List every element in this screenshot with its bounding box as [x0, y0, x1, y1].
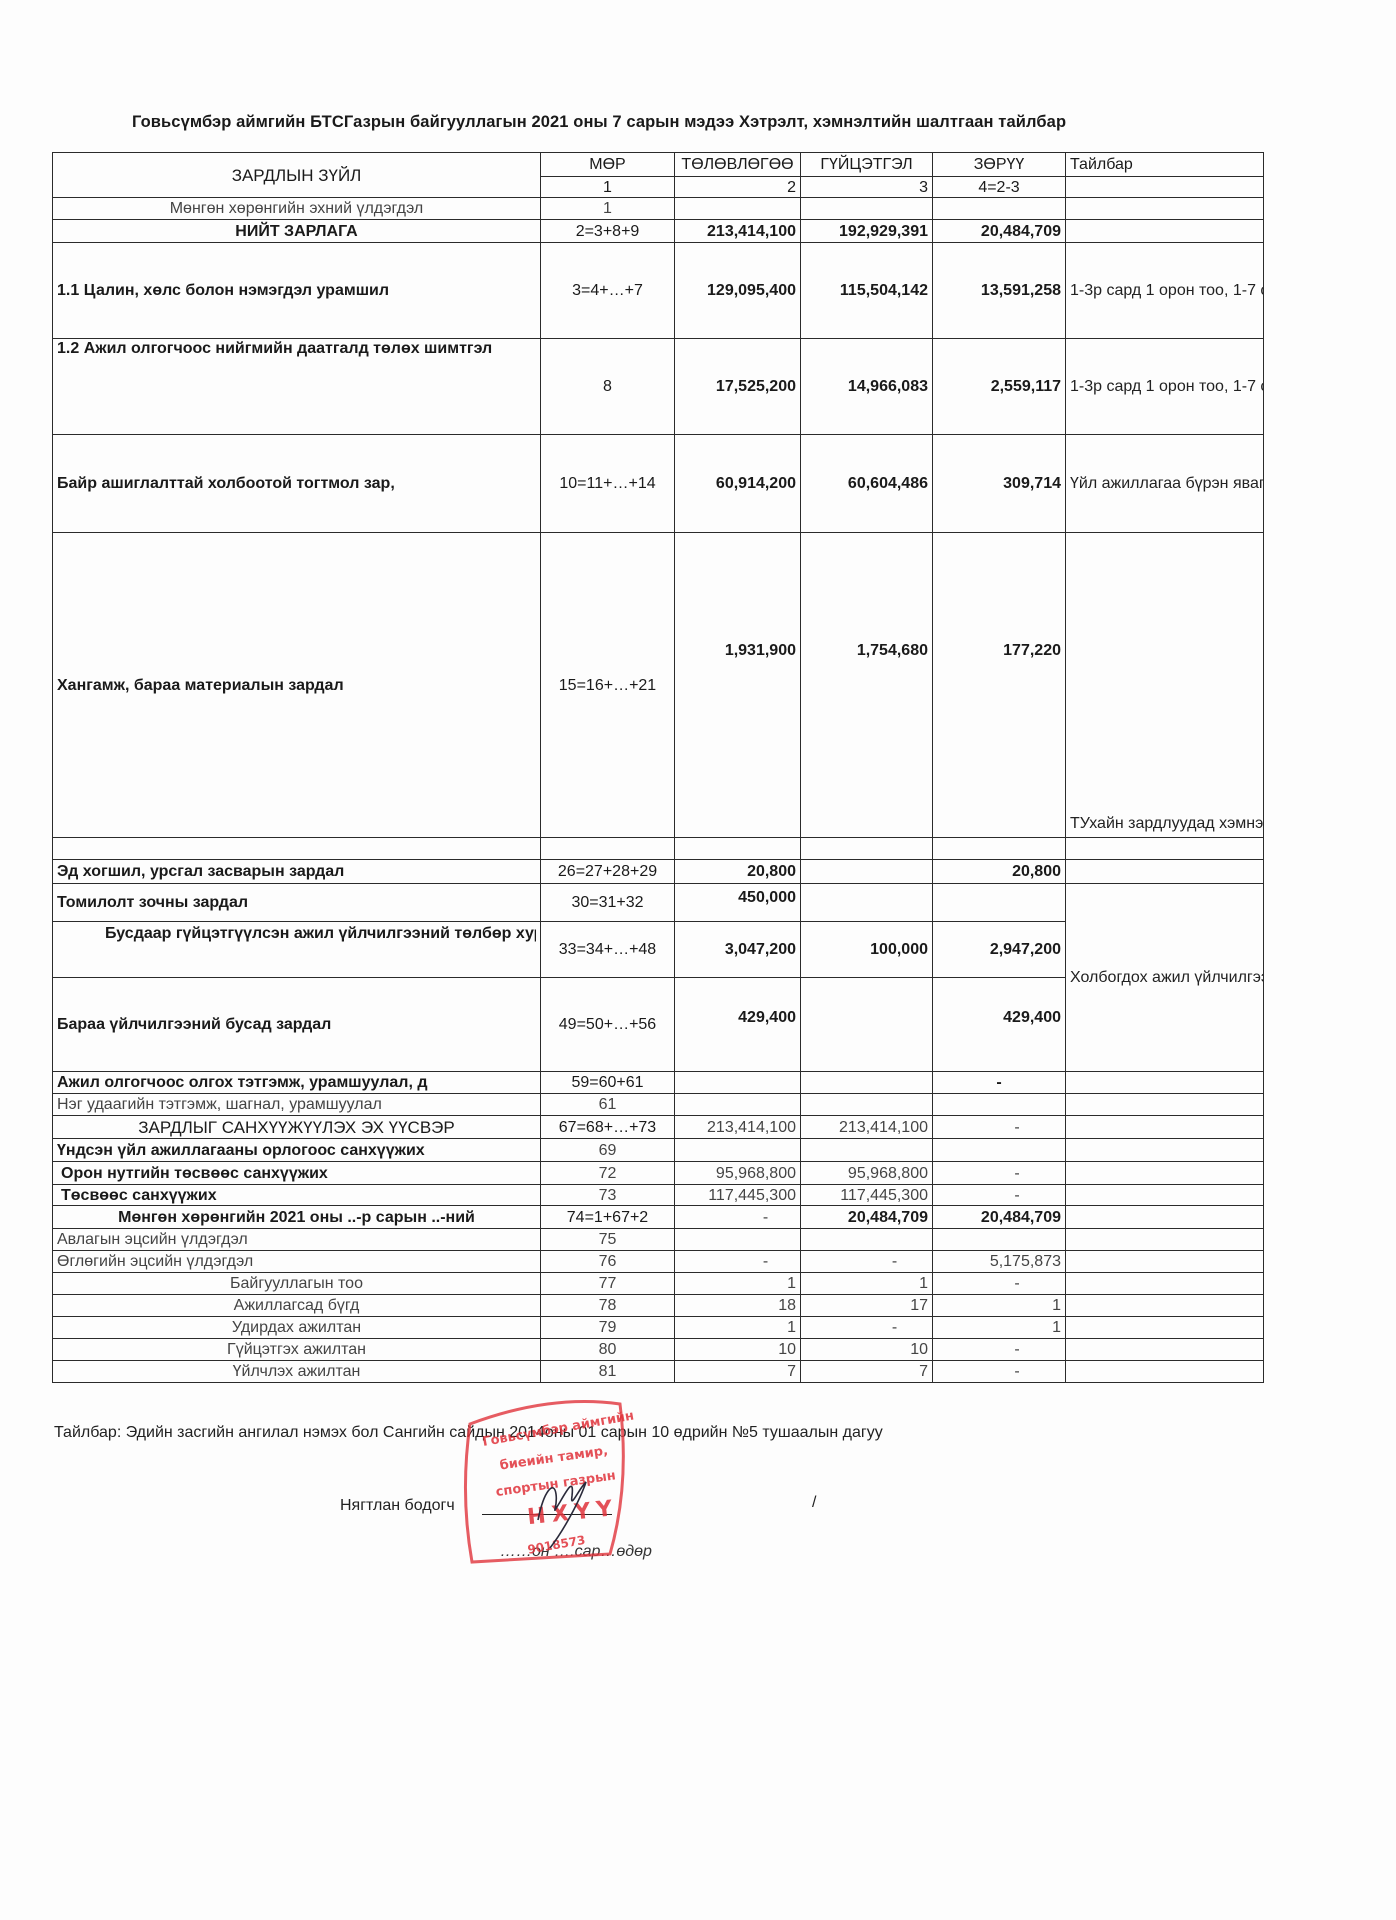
- row-plan: 18: [675, 1295, 801, 1317]
- row-name: ЗАРДЛЫГ САНХҮҮЖҮҮЛЭХ ЭХ ҮҮСВЭР: [53, 1116, 541, 1139]
- row-plan: 7: [675, 1361, 801, 1383]
- subheader-actual: 3: [801, 177, 933, 198]
- table-row: Байгууллагын тоо 77 1 1 -: [53, 1273, 1264, 1295]
- row-diff: 2,559,117: [933, 339, 1066, 435]
- row-note: 1-3р сард 1 орон тоо, 1-7 сард 1 орон то…: [1066, 339, 1264, 435]
- row-mor: 2=3+8+9: [541, 220, 675, 243]
- row-note: [1066, 1185, 1264, 1206]
- row-actual: 192,929,391: [801, 220, 933, 243]
- row-diff: [933, 198, 1066, 220]
- header-note: Тайлбар: [1066, 153, 1264, 177]
- row-note: [1066, 1273, 1264, 1295]
- row-note: [1066, 1139, 1264, 1162]
- row-note: [1066, 1116, 1264, 1139]
- table-row: Мөнгөн хөрөнгийн эхний үлдэгдэл 1: [53, 198, 1264, 220]
- row-plan: -: [675, 1206, 801, 1229]
- row-mor: 74=1+67+2: [541, 1206, 675, 1229]
- row-plan: 213,414,100: [675, 220, 801, 243]
- row-mor: 61: [541, 1094, 675, 1116]
- row-plan: 10: [675, 1339, 801, 1361]
- row-plan: 129,095,400: [675, 243, 801, 339]
- row-mor: 3=4+…+7: [541, 243, 675, 339]
- row-mor: 72: [541, 1162, 675, 1185]
- table-row: Томилолт зочны зардал 30=31+32 450,000 Х…: [53, 884, 1264, 922]
- row-note: [1066, 1229, 1264, 1251]
- signature-mark-icon: [520, 1460, 610, 1550]
- table-row: Мөнгөн хөрөнгийн 2021 оны ..-р сарын ..-…: [53, 1206, 1264, 1229]
- row-diff: 1: [933, 1317, 1066, 1339]
- row-name: Мөнгөн хөрөнгийн эхний үлдэгдэл: [53, 198, 541, 220]
- document-title: Говьсүмбэр аймгийн БТСГазрын байгууллагы…: [132, 113, 1066, 132]
- row-plan: 1,931,900: [675, 533, 801, 838]
- row-mor: 80: [541, 1339, 675, 1361]
- header-name: ЗАРДЛЫН ЗҮЙЛ: [53, 153, 541, 198]
- header-row: ЗАРДЛЫН ЗҮЙЛ МӨР ТӨЛӨВЛӨГӨӨ ГҮЙЦЭТГЭЛ ЗӨ…: [53, 153, 1264, 177]
- row-plan: [675, 1094, 801, 1116]
- row-plan: -: [675, 1251, 801, 1273]
- header-diff: ЗӨРҮҮ: [933, 153, 1066, 177]
- row-actual: [801, 1094, 933, 1116]
- row-name: Хангамж, бараа материалын зардал: [53, 533, 541, 838]
- row-actual: 213,414,100: [801, 1116, 933, 1139]
- row-actual: [801, 884, 933, 922]
- row-mor: 79: [541, 1317, 675, 1339]
- row-plan: [675, 838, 801, 860]
- row-name: Эд хогшил, урсгал засварын зардал: [53, 860, 541, 884]
- row-diff: 309,714: [933, 435, 1066, 533]
- table-row: Төсвөөс санхүүжих 73 117,445,300 117,445…: [53, 1185, 1264, 1206]
- row-mor: 78: [541, 1295, 675, 1317]
- row-plan: [675, 1072, 801, 1094]
- table-row: Гүйцэтгэх ажилтан 80 10 10 -: [53, 1339, 1264, 1361]
- row-name: Бусдаар гүйцэтгүүлсэн ажил үйлчилгээний …: [53, 922, 541, 978]
- row-name: НИЙТ ЗАРЛАГА: [53, 220, 541, 243]
- row-name: Үндсэн үйл ажиллагааны орлогоос санхүүжи…: [53, 1139, 541, 1162]
- row-mor: 75: [541, 1229, 675, 1251]
- row-note: [1066, 198, 1264, 220]
- row-name: 1.2 Ажил олгогчоос нийгмийн даатгалд төл…: [53, 339, 541, 435]
- row-diff: [933, 1139, 1066, 1162]
- table-row: Удирдах ажилтан 79 1 - 1: [53, 1317, 1264, 1339]
- row-mor: 69: [541, 1139, 675, 1162]
- table-row: Ажиллагсад бүгд 78 18 17 1: [53, 1295, 1264, 1317]
- row-note: [1066, 1361, 1264, 1383]
- table-row: 1.1 Цалин, хөлс болон нэмэгдэл урамшил 3…: [53, 243, 1264, 339]
- row-mor: 59=60+61: [541, 1072, 675, 1094]
- row-name: Орон нутгийн төсвөөс санхүүжих: [53, 1162, 541, 1185]
- row-diff: 429,400: [933, 978, 1066, 1072]
- row-mor: 1: [541, 198, 675, 220]
- row-mor: 26=27+28+29: [541, 860, 675, 884]
- row-diff: [933, 884, 1066, 922]
- row-diff: [933, 838, 1066, 860]
- row-mor: 8: [541, 339, 675, 435]
- row-name: Томилолт зочны зардал: [53, 884, 541, 922]
- row-name: Гүйцэтгэх ажилтан: [53, 1339, 541, 1361]
- row-note: [1066, 1072, 1264, 1094]
- row-note: [1066, 220, 1264, 243]
- row-diff: 20,800: [933, 860, 1066, 884]
- row-diff: -: [933, 1072, 1066, 1094]
- row-diff: [933, 1229, 1066, 1251]
- table-row: Орон нутгийн төсвөөс санхүүжих 72 95,968…: [53, 1162, 1264, 1185]
- row-diff: 1: [933, 1295, 1066, 1317]
- row-mor: 77: [541, 1273, 675, 1295]
- row-mor: 73: [541, 1185, 675, 1206]
- row-note: Үйл ажиллагаа бүрэн явагдаагүйгээс хэмнэ…: [1066, 435, 1264, 533]
- row-name: [53, 838, 541, 860]
- row-actual: [801, 1229, 933, 1251]
- row-note: [1066, 1251, 1264, 1273]
- row-diff: -: [933, 1361, 1066, 1383]
- row-name: Нэг удаагийн тэтгэмж, шагнал, урамшуулал: [53, 1094, 541, 1116]
- row-plan: 213,414,100: [675, 1116, 801, 1139]
- row-mor: 81: [541, 1361, 675, 1383]
- row-plan: [675, 1139, 801, 1162]
- row-actual: -: [801, 1251, 933, 1273]
- row-plan: 450,000: [675, 884, 801, 922]
- row-plan: 117,445,300: [675, 1185, 801, 1206]
- row-plan: 17,525,200: [675, 339, 801, 435]
- header-mor: МӨР: [541, 153, 675, 177]
- signature-slash: /: [812, 1494, 816, 1512]
- row-actual: 1: [801, 1273, 933, 1295]
- table-row-empty: [53, 838, 1264, 860]
- row-mor: 30=31+32: [541, 884, 675, 922]
- table-row: Ажил олгогчоос олгох тэтгэмж, урамшуулал…: [53, 1072, 1264, 1094]
- row-note: [1066, 860, 1264, 884]
- row-diff: 20,484,709: [933, 220, 1066, 243]
- row-note: ТУхайн зардлуудад хэмнэлтэй мэт харагдаж…: [1066, 533, 1264, 838]
- header-plan: ТӨЛӨВЛӨГӨӨ: [675, 153, 801, 177]
- row-plan: 1: [675, 1317, 801, 1339]
- row-name: Ажил олгогчоос олгох тэтгэмж, урамшуулал…: [53, 1072, 541, 1094]
- table-row: Өглөгийн эцсийн үлдэгдэл 76 - - 5,175,87…: [53, 1251, 1264, 1273]
- row-actual: [801, 978, 933, 1072]
- row-actual: 17: [801, 1295, 933, 1317]
- row-actual: 115,504,142: [801, 243, 933, 339]
- row-note: Холбогдох ажил үйлчилгээ гараагүй. Өр ав…: [1066, 884, 1264, 1072]
- row-diff: 2,947,200: [933, 922, 1066, 978]
- row-actual: [801, 860, 933, 884]
- stamp-line-1: Говьсүмбэр аймгийн: [481, 1409, 635, 1450]
- row-actual: 10: [801, 1339, 933, 1361]
- row-plan: 3,047,200: [675, 922, 801, 978]
- row-mor: 33=34+…+48: [541, 922, 675, 978]
- row-name: Үйлчлэх ажилтан: [53, 1361, 541, 1383]
- row-diff: 13,591,258: [933, 243, 1066, 339]
- row-mor: 76: [541, 1251, 675, 1273]
- row-diff: -: [933, 1116, 1066, 1139]
- row-mor: 49=50+…+56: [541, 978, 675, 1072]
- row-diff: -: [933, 1339, 1066, 1361]
- subheader-diff: 4=2-3: [933, 177, 1066, 198]
- row-name: Байр ашиглалттай холбоотой тогтмол зар,: [53, 435, 541, 533]
- row-name-text: Бусдаар гүйцэтгүүлсэн ажил үйлчилгээний …: [57, 924, 536, 943]
- row-note: [1066, 838, 1264, 860]
- row-mor: 10=11+…+14: [541, 435, 675, 533]
- row-actual: 100,000: [801, 922, 933, 978]
- row-actual: 14,966,083: [801, 339, 933, 435]
- row-note: [1066, 1206, 1264, 1229]
- table-row-total: НИЙТ ЗАРЛАГА 2=3+8+9 213,414,100 192,929…: [53, 220, 1264, 243]
- row-name: Мөнгөн хөрөнгийн 2021 оны ..-р сарын ..-…: [53, 1206, 541, 1229]
- row-actual: 117,445,300: [801, 1185, 933, 1206]
- row-actual: -: [801, 1317, 933, 1339]
- row-diff: -: [933, 1273, 1066, 1295]
- row-note: [1066, 1295, 1264, 1317]
- table-row: Авлагын эцсийн үлдэгдэл 75: [53, 1229, 1264, 1251]
- subheader-note: [1066, 177, 1264, 198]
- row-diff: 20,484,709: [933, 1206, 1066, 1229]
- row-name: Авлагын эцсийн үлдэгдэл: [53, 1229, 541, 1251]
- row-diff: -: [933, 1185, 1066, 1206]
- row-actual: 60,604,486: [801, 435, 933, 533]
- row-name: Төсвөөс санхүүжих: [53, 1185, 541, 1206]
- expense-report-table: ЗАРДЛЫН ЗҮЙЛ МӨР ТӨЛӨВЛӨГӨӨ ГҮЙЦЭТГЭЛ ЗӨ…: [52, 152, 1264, 1383]
- table-row: Хангамж, бараа материалын зардал 15=16+……: [53, 533, 1264, 838]
- row-name: Удирдах ажилтан: [53, 1317, 541, 1339]
- row-plan: 1: [675, 1273, 801, 1295]
- row-name: Ажиллагсад бүгд: [53, 1295, 541, 1317]
- row-plan: 429,400: [675, 978, 801, 1072]
- row-plan: [675, 1229, 801, 1251]
- row-actual: 1,754,680: [801, 533, 933, 838]
- table-row-source-total: ЗАРДЛЫГ САНХҮҮЖҮҮЛЭХ ЭХ ҮҮСВЭР 67=68+…+7…: [53, 1116, 1264, 1139]
- row-note: 1-3р сард 1 орон тоо, 1-7 сард 1 орон то…: [1066, 243, 1264, 339]
- row-note: [1066, 1094, 1264, 1116]
- row-actual: [801, 838, 933, 860]
- table-row: Нэг удаагийн тэтгэмж, шагнал, урамшуулал…: [53, 1094, 1264, 1116]
- table-row: Үйлчлэх ажилтан 81 7 7 -: [53, 1361, 1264, 1383]
- subheader-mor: 1: [541, 177, 675, 198]
- table-row: Эд хогшил, урсгал засварын зардал 26=27+…: [53, 860, 1264, 884]
- row-name: Бараа үйлчилгээний бусад зардал: [53, 978, 541, 1072]
- row-actual: 20,484,709: [801, 1206, 933, 1229]
- row-plan: 20,800: [675, 860, 801, 884]
- row-name: 1.1 Цалин, хөлс болон нэмэгдэл урамшил: [53, 243, 541, 339]
- row-plan: 60,914,200: [675, 435, 801, 533]
- table-row: 1.2 Ажил олгогчоос нийгмийн даатгалд төл…: [53, 339, 1264, 435]
- row-actual: [801, 198, 933, 220]
- row-name: Өглөгийн эцсийн үлдэгдэл: [53, 1251, 541, 1273]
- subheader-plan: 2: [675, 177, 801, 198]
- row-actual: [801, 1072, 933, 1094]
- row-mor: 67=68+…+73: [541, 1116, 675, 1139]
- row-note: [1066, 1339, 1264, 1361]
- row-plan: 95,968,800: [675, 1162, 801, 1185]
- row-note: [1066, 1317, 1264, 1339]
- row-diff: [933, 1094, 1066, 1116]
- row-name: Байгууллагын тоо: [53, 1273, 541, 1295]
- row-diff: 5,175,873: [933, 1251, 1066, 1273]
- row-diff: -: [933, 1162, 1066, 1185]
- row-actual: 7: [801, 1361, 933, 1383]
- table-row: Байр ашиглалттай холбоотой тогтмол зар, …: [53, 435, 1264, 533]
- row-diff: 177,220: [933, 533, 1066, 838]
- row-plan: [675, 198, 801, 220]
- row-note: [1066, 1162, 1264, 1185]
- row-actual: [801, 1139, 933, 1162]
- row-mor: [541, 838, 675, 860]
- row-mor: 15=16+…+21: [541, 533, 675, 838]
- header-actual: ГҮЙЦЭТГЭЛ: [801, 153, 933, 177]
- accountant-label: Нягтлан бодогч: [340, 1497, 455, 1515]
- table-row: Үндсэн үйл ажиллагааны орлогоос санхүүжи…: [53, 1139, 1264, 1162]
- row-actual: 95,968,800: [801, 1162, 933, 1185]
